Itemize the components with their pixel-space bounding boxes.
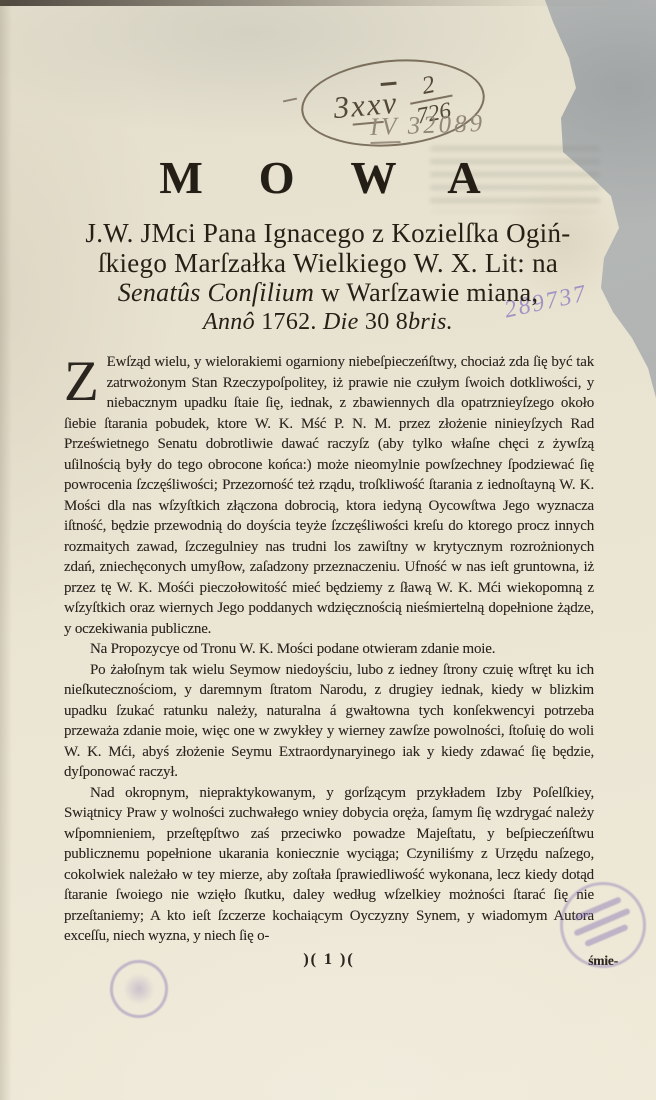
body-text-block: ZEwſząd wielu, y wielorakiemi ogarniony … xyxy=(64,352,594,970)
paragraph-4: Nad okropnym, niepraktykowanym, y gorſzą… xyxy=(64,783,594,947)
drop-cap: Z xyxy=(64,352,107,407)
subtitle-line-2: ſkiego Marſzałka Wielkiego W. X. Lit: na xyxy=(40,248,616,278)
subtitle-line-1: J.W. JMci Pana Ignacego z Kozielſka Ogiń… xyxy=(40,218,616,248)
paragraph-1: ZEwſząd wielu, y wielorakiemi ogarniony … xyxy=(64,352,594,639)
page-content: 3xxv 2 726 IV32089 289737 MOWA J.W. JMci… xyxy=(0,0,656,1100)
subtitle-block: J.W. JMci Pana Ignacego z Kozielſka Ogiń… xyxy=(40,218,616,337)
accession-roman: IV xyxy=(370,113,401,144)
paragraph-2: Na Propozycye od Tronu W. K. Mości podan… xyxy=(64,639,594,660)
page-title: MOWA xyxy=(40,151,600,204)
paragraph-3: Po żałoſnym tak wielu Seymow niedoyściu,… xyxy=(64,660,594,783)
subtitle-line-3: Senatûs Conſilium w Warſzawie miana, xyxy=(40,278,616,308)
handwritten-accession-number: IV32089 xyxy=(370,110,486,142)
accession-digits: 32089 xyxy=(407,110,485,140)
signature-mark: )( 1 )( xyxy=(303,951,354,968)
handwritten-dash xyxy=(283,98,297,103)
scanned-document-page: 3xxv 2 726 IV32089 289737 MOWA J.W. JMci… xyxy=(0,0,656,1100)
subtitle-line-4: Annô 1762. Die 30 8bris. xyxy=(40,308,616,337)
